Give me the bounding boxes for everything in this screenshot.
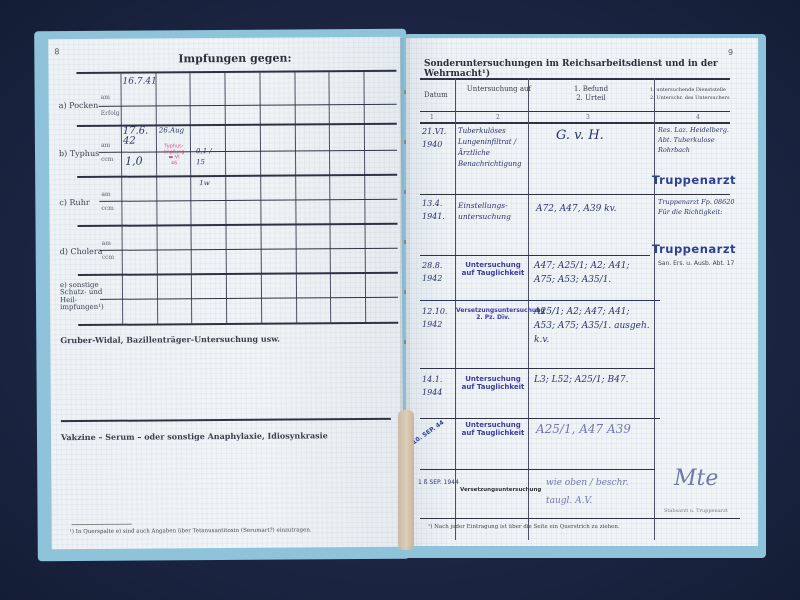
repair-tape [398,410,414,550]
signature: Mte [674,466,718,491]
pocken-date: 16.7.41 [122,76,156,86]
page-number-right: 9 [728,48,733,57]
footnote-left: ¹) In Querspalte e) sind auch Angaben üb… [70,527,312,535]
typhus-date: 17.6. 42 [123,127,153,147]
typhus-ccm: 1,0 [125,155,143,168]
page-title-left: Impfungen gegen: [178,52,291,66]
row-label-cholera: d) Cholera [60,247,103,256]
footnote-right: ¹) Nach jeder Eintragung ist über die Se… [428,524,620,530]
left-page: 8 Impfungen gegen: a) Pocken am Erfolg 1… [48,37,404,549]
truppenarzt-stamp: Truppenarzt [652,173,736,187]
ruhr-entry: 1w [199,179,210,187]
red-stamp: Typhus-Impfung▬ VI46 [159,144,189,166]
section-gruber-widal: Gruber-Widal, Bazillenträger-Untersuchun… [60,334,280,346]
section-vakzine: Vakzine – Serum – oder sonstige Anaphyla… [61,430,328,442]
typhus-dose-2: 0,1 / 15 [196,146,214,167]
typhus-date-2: 26.Aug [159,126,184,134]
col-header-datum: Datum [424,91,448,99]
truppenarzt-stamp: Truppenarzt [652,242,736,256]
row-label-sonstige: e) sonstige Schutz- und Heil-impfungen¹) [60,282,105,312]
row-label-typhus: b) Typhus [59,149,99,158]
row-label-pocken: a) Pocken [59,101,99,110]
page-title-right: Sonderuntersuchungen im Reichsarbeitsdie… [424,59,758,79]
col-header-dienststelle: 1. untersuchende Dienststelle 2. Untersc… [650,86,740,102]
right-page: 9 Sonderuntersuchungen im Reichsarbeitsd… [406,38,758,546]
col-header-untersuchung: Untersuchung auf [464,85,534,93]
row-label-ruhr: c) Ruhr [59,198,89,207]
col-header-befund: 1. Befund 2. Urteil [536,85,646,103]
page-number-left: 8 [54,47,59,56]
